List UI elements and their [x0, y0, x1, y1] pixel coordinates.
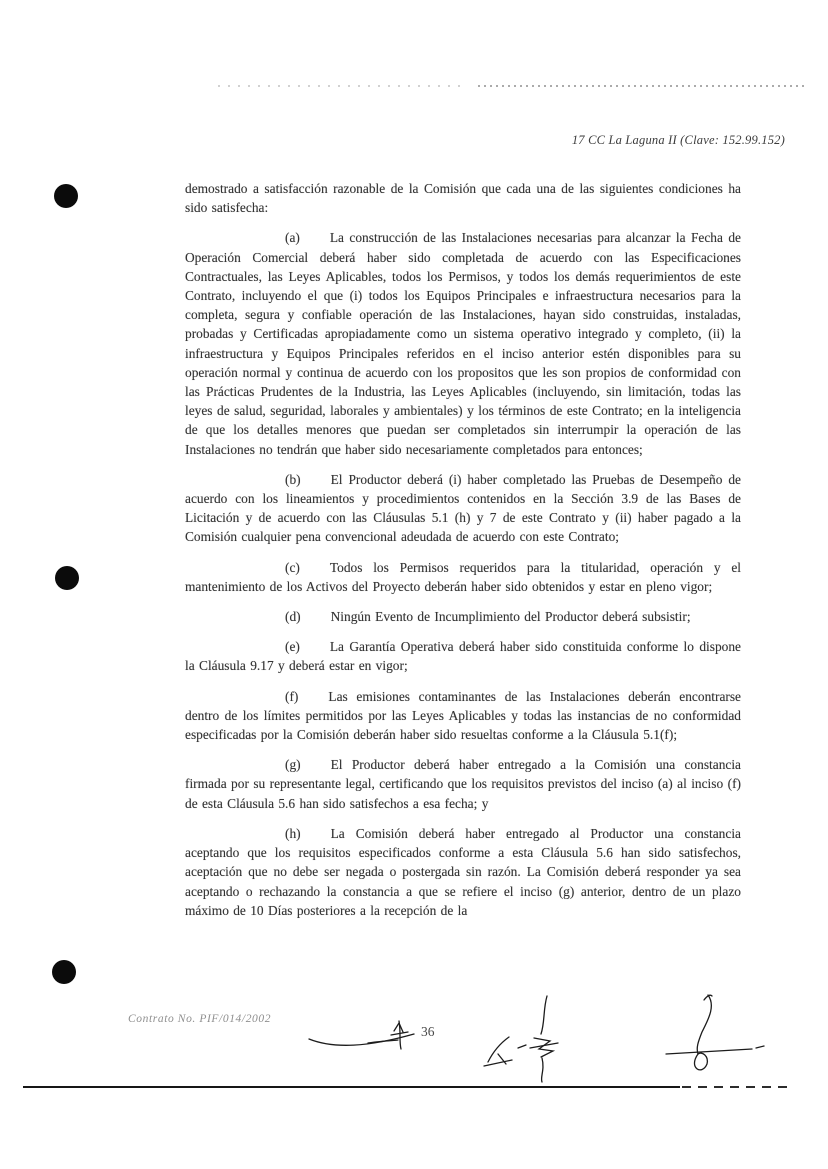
hole-punch-mark — [54, 184, 78, 208]
hole-punch-mark — [55, 566, 79, 590]
clause-g-label: (g) — [285, 757, 301, 772]
intro-paragraph: demostrado a satisfacción razonable de l… — [185, 179, 741, 217]
document-reference-header: 17 CC La Laguna II (Clave: 152.99.152) — [572, 133, 785, 148]
clause-e-label: (e) — [285, 639, 300, 654]
clause-c-label: (c) — [285, 560, 300, 575]
bottom-rule-solid — [23, 1086, 680, 1088]
scanned-contract-page: 17 CC La Laguna II (Clave: 152.99.152) d… — [0, 0, 828, 1169]
clause-b: (b)El Productor deberá (i) haber complet… — [185, 470, 741, 547]
scan-noise-line — [218, 85, 463, 87]
hole-punch-mark — [52, 960, 76, 984]
clause-e-text: La Garantía Operativa deberá haber sido … — [185, 639, 741, 673]
clause-c: (c)Todos los Permisos requeridos para la… — [185, 558, 741, 596]
clause-f: (f)Las emisiones contaminantes de las In… — [185, 687, 741, 745]
clause-b-text: El Productor deberá (i) haber completado… — [185, 472, 741, 545]
clause-d-text: Ningún Evento de Incumplimiento del Prod… — [331, 609, 691, 624]
signature-swoosh — [306, 1020, 422, 1060]
clause-b-label: (b) — [285, 472, 301, 487]
contract-body-text: demostrado a satisfacción razonable de l… — [185, 179, 741, 931]
bottom-rule-dashed — [682, 1086, 790, 1088]
clause-d: (d)Ningún Evento de Incumplimiento del P… — [185, 607, 741, 626]
signature-initials-left — [478, 992, 578, 1084]
clause-h-text: La Comisión deberá haber entregado al Pr… — [185, 826, 741, 918]
scan-noise-line — [478, 85, 808, 87]
clause-h-label: (h) — [285, 826, 301, 841]
clause-a: (a)La construcción de las Instalaciones … — [185, 228, 741, 458]
clause-g: (g)El Productor deberá haber entregado a… — [185, 755, 741, 813]
clause-f-label: (f) — [285, 689, 298, 704]
clause-e: (e)La Garantía Operativa deberá haber si… — [185, 637, 741, 675]
footer-contract-number: Contrato No. PIF/014/2002 — [128, 1013, 271, 1025]
signature-initials-right — [660, 990, 770, 1082]
clause-d-label: (d) — [285, 609, 301, 624]
clause-c-text: Todos los Permisos requeridos para la ti… — [185, 560, 741, 594]
clause-g-text: El Productor deberá haber entregado a la… — [185, 757, 741, 810]
clause-h: (h)La Comisión deberá haber entregado al… — [185, 824, 741, 920]
clause-a-label: (a) — [285, 230, 300, 245]
clause-f-text: Las emisiones contaminantes de las Insta… — [185, 689, 741, 742]
page-number: 36 — [421, 1024, 435, 1040]
clause-a-text: La construcción de las Instalaciones nec… — [185, 230, 741, 456]
